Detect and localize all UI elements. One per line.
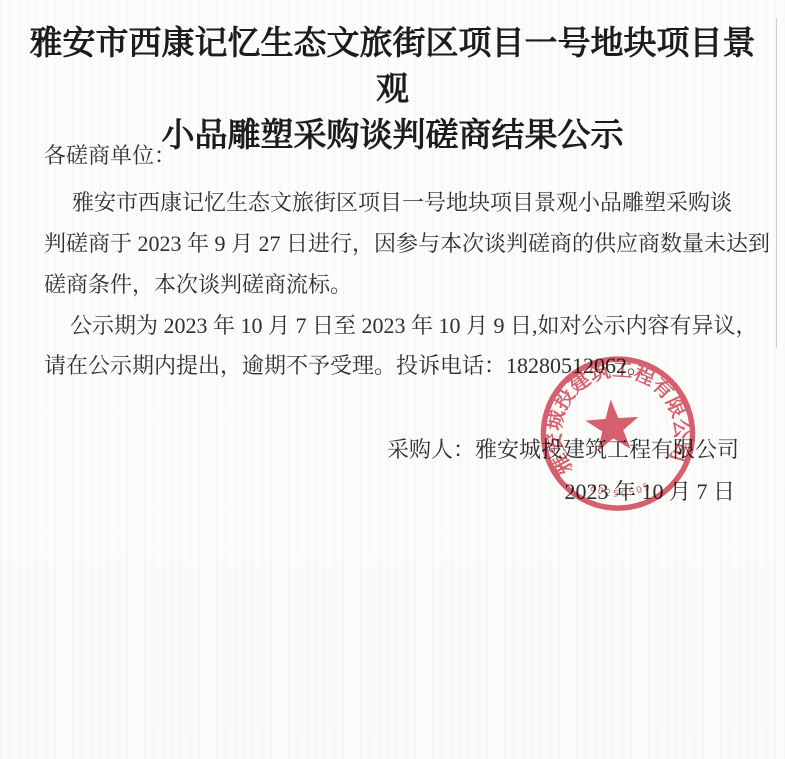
scan-edge-artifact bbox=[776, 18, 777, 348]
paragraph2-line-1: 公示期为 2023 年 10 月 7 日至 2023 年 10 月 9 日,如对… bbox=[70, 313, 758, 339]
paragraph1-line-1: 雅安市西康记忆生态文旅街区项目一号地块项目景观小品雕塑采购谈 bbox=[72, 190, 732, 216]
svg-text:80250505: 80250505 bbox=[588, 479, 655, 502]
paragraph1-line-3: 磋商条件，本次谈判磋商流标。 bbox=[44, 272, 352, 298]
salutation: 各磋商单位： bbox=[44, 143, 176, 169]
stamp-serial-text: 80250505 bbox=[588, 479, 655, 502]
official-stamp: 雅安城投建筑工程有限公司 80250505 bbox=[535, 350, 704, 519]
star-icon bbox=[584, 398, 641, 452]
document-title: 雅安市西康记忆生态文旅街区项目一号地块项目景观 小品雕塑采购谈判磋商结果公示 bbox=[28, 20, 757, 158]
paragraph1-line-2: 判磋商于 2023 年 9 月 27 日进行，因参与本次谈判磋商的供应商数量未达… bbox=[44, 231, 770, 257]
scanned-notice-page: 雅安市西康记忆生态文旅街区项目一号地块项目景观 小品雕塑采购谈判磋商结果公示 各… bbox=[0, 0, 785, 759]
document-title-line-1: 雅安市西康记忆生态文旅街区项目一号地块项目景观 bbox=[28, 20, 757, 112]
